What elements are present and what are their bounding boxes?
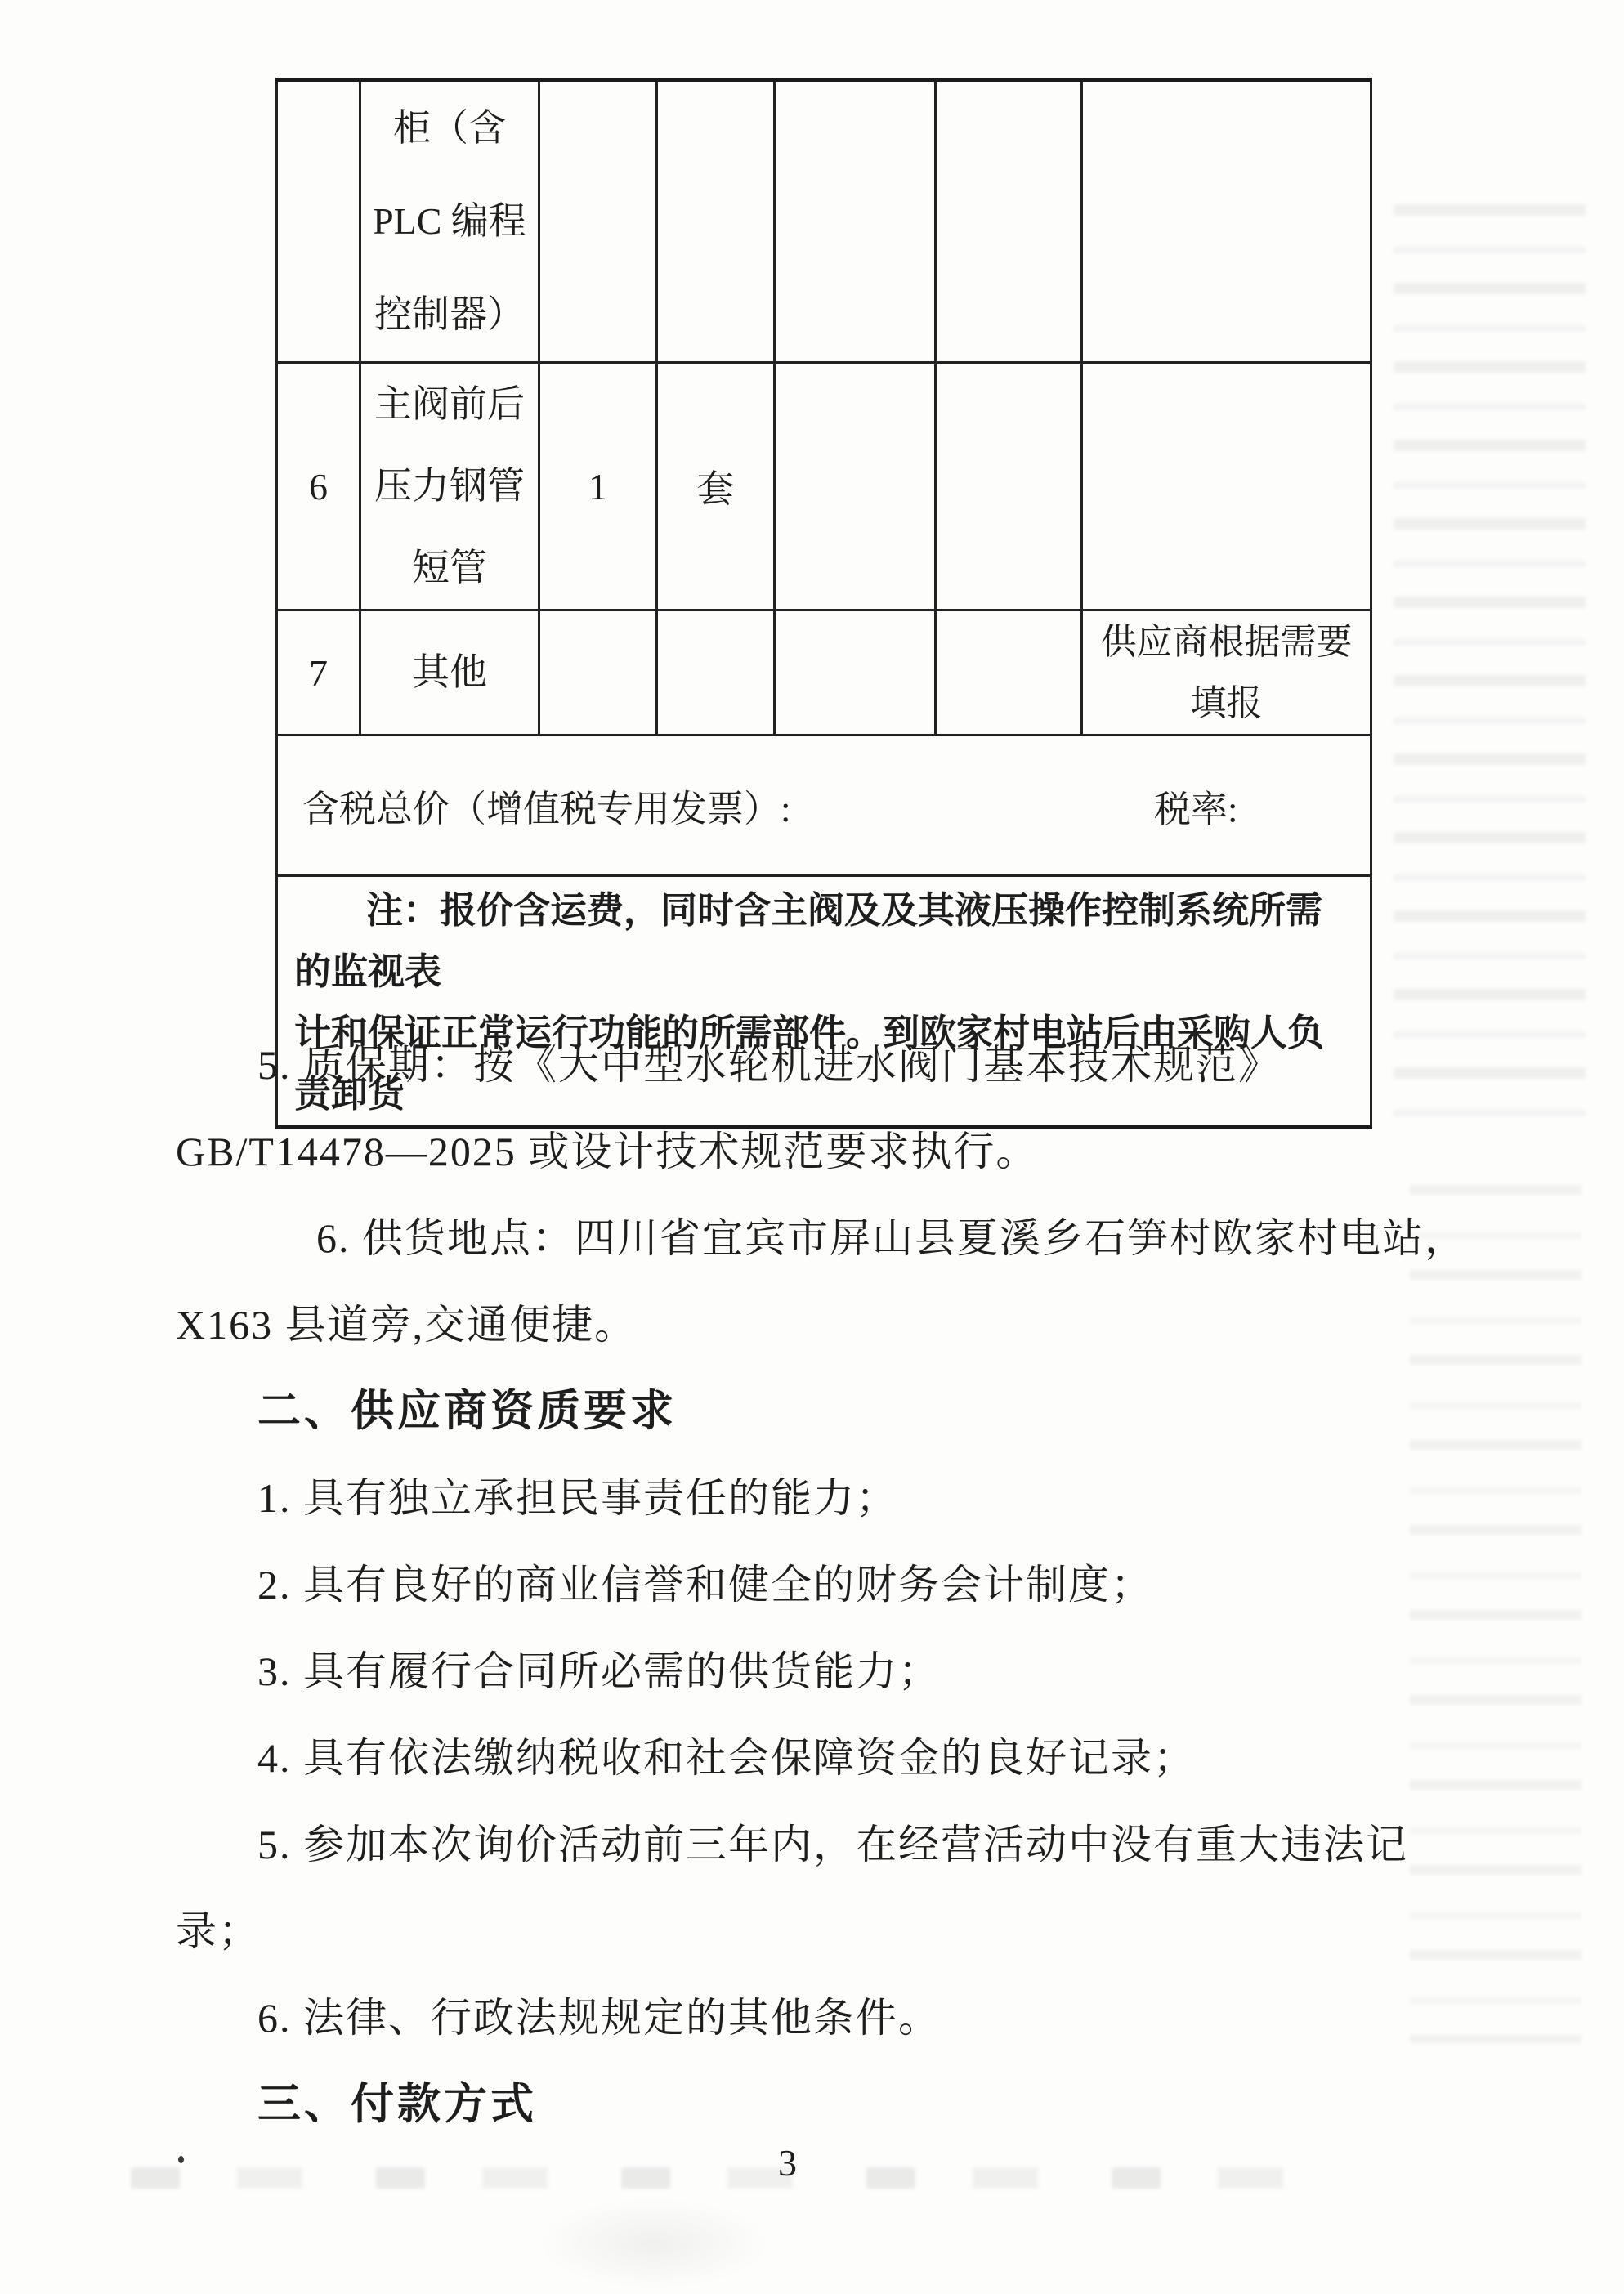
paragraph-delivery-location: 6. 供货地点：四川省宜宾市屏山县夏溪乡石笋村欧家村电站， X163 县道旁,交… — [176, 1195, 1467, 1368]
scan-ghosting-artifact — [1394, 204, 1586, 1144]
table-row-continuation: 柜（含 PLC 编程 控制器） — [277, 80, 1371, 363]
cell-col6-7 — [936, 610, 1082, 736]
cell-col5-7 — [775, 610, 936, 736]
stray-dot-artifact — [178, 2156, 184, 2163]
items-table: 柜（含 PLC 编程 控制器） 6 主阀前后 压力钢管 短管 1 套 7 其他 — [275, 78, 1372, 1129]
qualification-item-4: 4. 具有依法缴纳税收和社会保障资金的良好记录； — [176, 1715, 1467, 1801]
qualification-item-3: 3. 具有履行合同所必需的供货能力； — [176, 1628, 1467, 1715]
cell-col6-6 — [936, 363, 1082, 610]
total-row-cell: 含税总价（增值税专用发票）: 税率: — [277, 736, 1371, 876]
cell-remark-cont — [1082, 80, 1371, 363]
qualification-item-2: 2. 具有良好的商业信誉和健全的财务会计制度； — [176, 1541, 1467, 1628]
qualification-item-5: 5. 参加本次询价活动前三年内，在经营活动中没有重大违法记 录； — [176, 1801, 1467, 1974]
scan-smudge-artifact — [131, 2167, 1357, 2189]
cell-seq-6: 6 — [277, 363, 360, 610]
heading-supplier-qualifications: 二、供应商资质要求 — [176, 1368, 1467, 1455]
table-row-6: 6 主阀前后 压力钢管 短管 1 套 — [277, 363, 1371, 610]
cell-col5-6 — [775, 363, 936, 610]
page-number: 3 — [778, 2135, 797, 2192]
document-page: 柜（含 PLC 编程 控制器） 6 主阀前后 压力钢管 短管 1 套 7 其他 — [0, 0, 1624, 2294]
cell-name-cont: 柜（含 PLC 编程 控制器） — [360, 80, 539, 363]
paragraph-warranty: 5. 质保期：按《大中型水轮机进水阀门基本技术规范》 GB/T14478—202… — [176, 1022, 1467, 1195]
body-text: 5. 质保期：按《大中型水轮机进水阀门基本技术规范》 GB/T14478—202… — [176, 1022, 1467, 2148]
cell-unit-6: 套 — [657, 363, 775, 610]
cell-qty-6: 1 — [539, 363, 657, 610]
qualification-item-1: 1. 具有独立承担民事责任的能力； — [176, 1455, 1467, 1541]
qualification-item-6: 6. 法律、行政法规规定的其他条件。 — [176, 1974, 1467, 2061]
cell-qty-cont — [539, 80, 657, 363]
cell-unit-cont — [657, 80, 775, 363]
cell-unit-7 — [657, 610, 775, 736]
cell-remark-7: 供应商根据需要 填报 — [1082, 610, 1371, 736]
cell-col5-cont — [775, 80, 936, 363]
cell-seq-cont — [277, 80, 360, 363]
scan-smudge-artifact — [539, 2198, 768, 2288]
cell-remark-6 — [1082, 363, 1371, 610]
cell-col6-cont — [936, 80, 1082, 363]
heading-payment-method: 三、付款方式 — [176, 2061, 1467, 2148]
cell-seq-7: 7 — [277, 610, 360, 736]
total-price-label: 含税总价（增值税专用发票）: — [278, 789, 791, 830]
tax-rate-label: 税率: — [1154, 779, 1238, 832]
table-row-7: 7 其他 供应商根据需要 填报 — [277, 610, 1371, 736]
cell-name-7: 其他 — [360, 610, 539, 736]
cell-qty-7 — [539, 610, 657, 736]
cell-name-6: 主阀前后 压力钢管 短管 — [360, 363, 539, 610]
table-row-total: 含税总价（增值税专用发票）: 税率: — [277, 736, 1371, 876]
